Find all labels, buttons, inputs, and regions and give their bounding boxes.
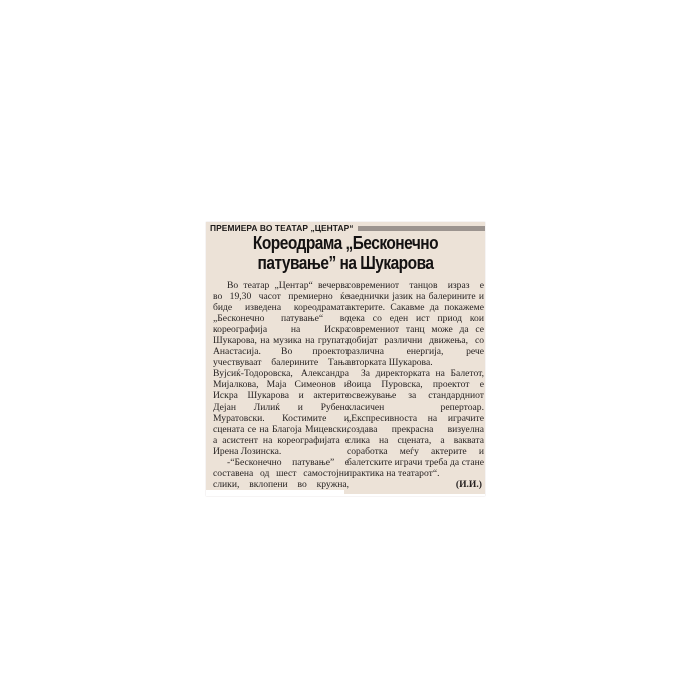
torn-edge: [344, 494, 485, 496]
kicker-rule: [358, 226, 485, 231]
newspaper-clipping: ПРЕМИЕРА ВО ТЕАТАР „ЦЕНТАР“ Кореодрама „…: [206, 222, 485, 496]
article-paragraph: современиот танцов израз е заеднички јаз…: [347, 280, 484, 368]
author-signature: (И.И.): [347, 479, 484, 490]
section-kicker: ПРЕМИЕРА ВО ТЕАТАР „ЦЕНТАР“: [210, 223, 354, 233]
article-column-right: современиот танцов израз е заеднички јаз…: [347, 280, 484, 490]
article-paragraph: Во театар „Центар“ вечерва во 19,30 часо…: [213, 280, 349, 457]
torn-edge: [206, 490, 344, 496]
article-headline: Кореодрама „Бесконечно патување” на Шука…: [226, 233, 466, 273]
article-paragraph: За директорката на Балетот, Зоица Пуровс…: [347, 368, 484, 478]
article-column-left: Во театар „Центар“ вечерва во 19,30 часо…: [213, 280, 349, 496]
kicker-row: ПРЕМИЕРА ВО ТЕАТАР „ЦЕНТАР“: [210, 223, 485, 233]
